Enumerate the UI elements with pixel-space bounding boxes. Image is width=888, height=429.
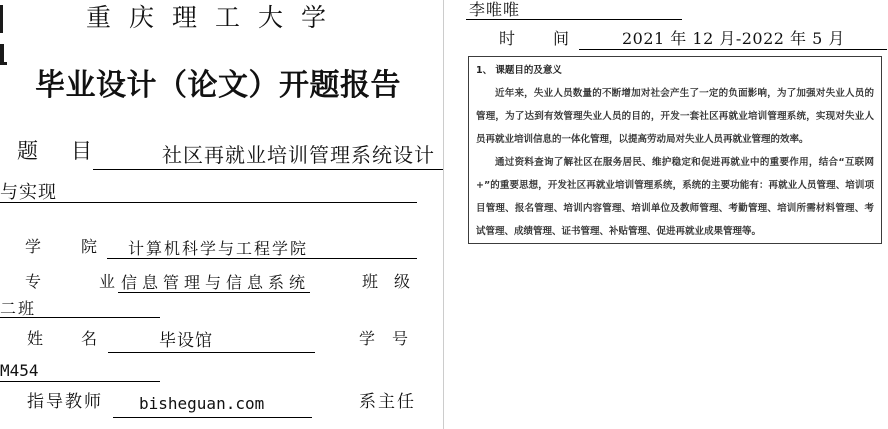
advisor-value: bisheguan.com xyxy=(139,396,264,412)
college-underline xyxy=(107,258,417,259)
class-field-label: 级 xyxy=(394,274,410,290)
scan-artifact xyxy=(0,44,4,64)
time-value: 2021 年 12 月-2022 年 5 月 xyxy=(622,31,845,47)
student-id-field-label: 号 xyxy=(392,331,408,347)
time-field-label: 间 xyxy=(553,31,569,47)
page-divider xyxy=(443,0,444,429)
time-underline xyxy=(579,49,887,50)
scan-artifact xyxy=(0,62,7,65)
title-underline xyxy=(0,202,417,203)
title-value-line2: 与实现 xyxy=(0,184,57,202)
college-field-label: 学 xyxy=(25,239,41,255)
student-id-field-label: 学 xyxy=(359,331,375,347)
section-paragraph: 通过资料查询了解社区在服务居民、维护稳定和促进再就业中的重要作用，结合“互联网+… xyxy=(476,151,874,243)
advisor-field-label: 指导教师 xyxy=(27,394,103,411)
college-value: 计算机科学与工程学院 xyxy=(128,241,308,257)
purpose-section-box: 1、 课题目的及意义 近年来，失业人员数量的不断增加对社会产生了一定的负面影响，… xyxy=(468,56,882,244)
dept-head-field-label: 系主任 xyxy=(359,394,416,411)
class-value: 二班 xyxy=(0,301,36,317)
title-value-line1: 社区再就业培训管理系统设计 xyxy=(162,145,435,165)
school-name: 重庆理工大学 xyxy=(86,5,344,30)
time-field-label: 时 xyxy=(499,31,515,47)
title-field-label: 目 xyxy=(71,141,92,162)
major-underline xyxy=(118,292,310,293)
major-field-label: 专 xyxy=(25,274,41,290)
class-field-label: 班 xyxy=(362,274,378,290)
advisor-underline xyxy=(113,417,312,418)
report-title: 毕业设计（论文）开题报告 xyxy=(35,71,401,101)
student-id-value: M454 xyxy=(0,363,39,379)
name-underline xyxy=(108,352,315,353)
title-field-label: 题 xyxy=(17,141,38,162)
title-underline xyxy=(93,169,443,170)
college-field-label: 院 xyxy=(81,239,97,255)
student-id-underline xyxy=(0,381,160,382)
section-heading: 1、 课题目的及意义 xyxy=(476,59,874,82)
document-page: 重庆理工大学 毕业设计（论文）开题报告 题 目 社区再就业培训管理系统设计 与实… xyxy=(0,0,888,429)
section-paragraph: 近年来，失业人员数量的不断增加对社会产生了一定的负面影响，为了加强对失业人员的管… xyxy=(476,82,874,151)
name-value: 毕设馆 xyxy=(159,333,213,350)
major-field-label: 业 xyxy=(99,274,115,290)
dept-head-underline xyxy=(466,19,682,20)
dept-head-value: 李唯唯 xyxy=(469,2,520,18)
name-field-label: 名 xyxy=(81,331,97,347)
scan-artifact xyxy=(0,5,3,33)
major-value: 信息管理与信息系统 xyxy=(121,275,310,291)
name-field-label: 姓 xyxy=(27,331,43,347)
class-underline xyxy=(0,317,160,318)
